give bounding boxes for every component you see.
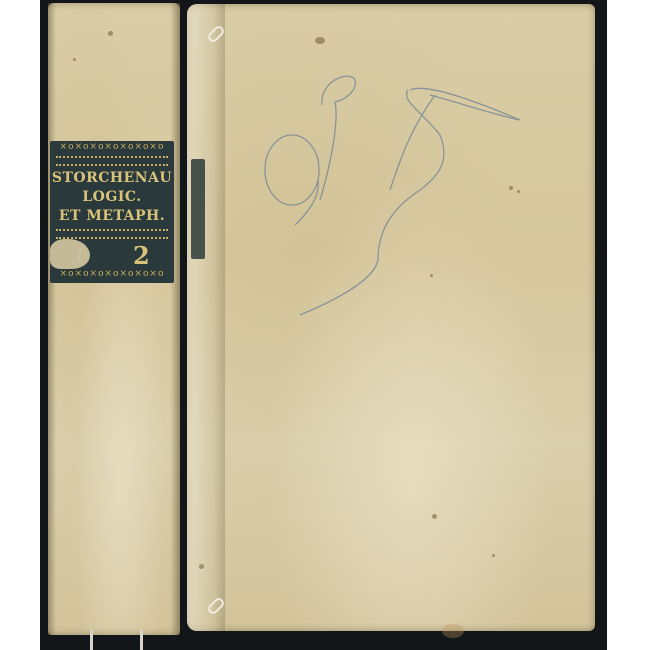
bookmark-ribbon <box>90 630 93 650</box>
stain <box>442 624 464 638</box>
book-spine: ×o×o×o×o×o×o×o STORCHENAU LOGIC. ET META… <box>48 3 180 635</box>
label-rule <box>56 156 168 166</box>
cover-spine-label-edge <box>191 159 205 259</box>
bookmark-ribbon <box>140 630 143 650</box>
spine-right-edge <box>170 3 180 635</box>
label-ornament-top: ×o×o×o×o×o×o×o <box>50 141 174 153</box>
spot <box>73 58 76 61</box>
spot <box>492 554 495 557</box>
spine-left-edge <box>48 3 56 635</box>
pencil-inscription <box>250 60 530 330</box>
label-damage <box>50 239 90 269</box>
label-ornament-bottom: ×o×o×o×o×o×o×o <box>50 268 174 280</box>
stain <box>315 37 325 44</box>
label-title-1: LOGIC. <box>50 188 174 207</box>
label-volume-2: 2 <box>133 241 150 270</box>
label-author: STORCHENAU <box>50 169 174 188</box>
label-rule <box>56 229 168 239</box>
spot <box>432 514 437 519</box>
spot <box>108 31 113 36</box>
spot <box>199 564 204 569</box>
label-title-2: ET METAPH. <box>50 207 174 226</box>
cover-hinge <box>187 4 225 631</box>
